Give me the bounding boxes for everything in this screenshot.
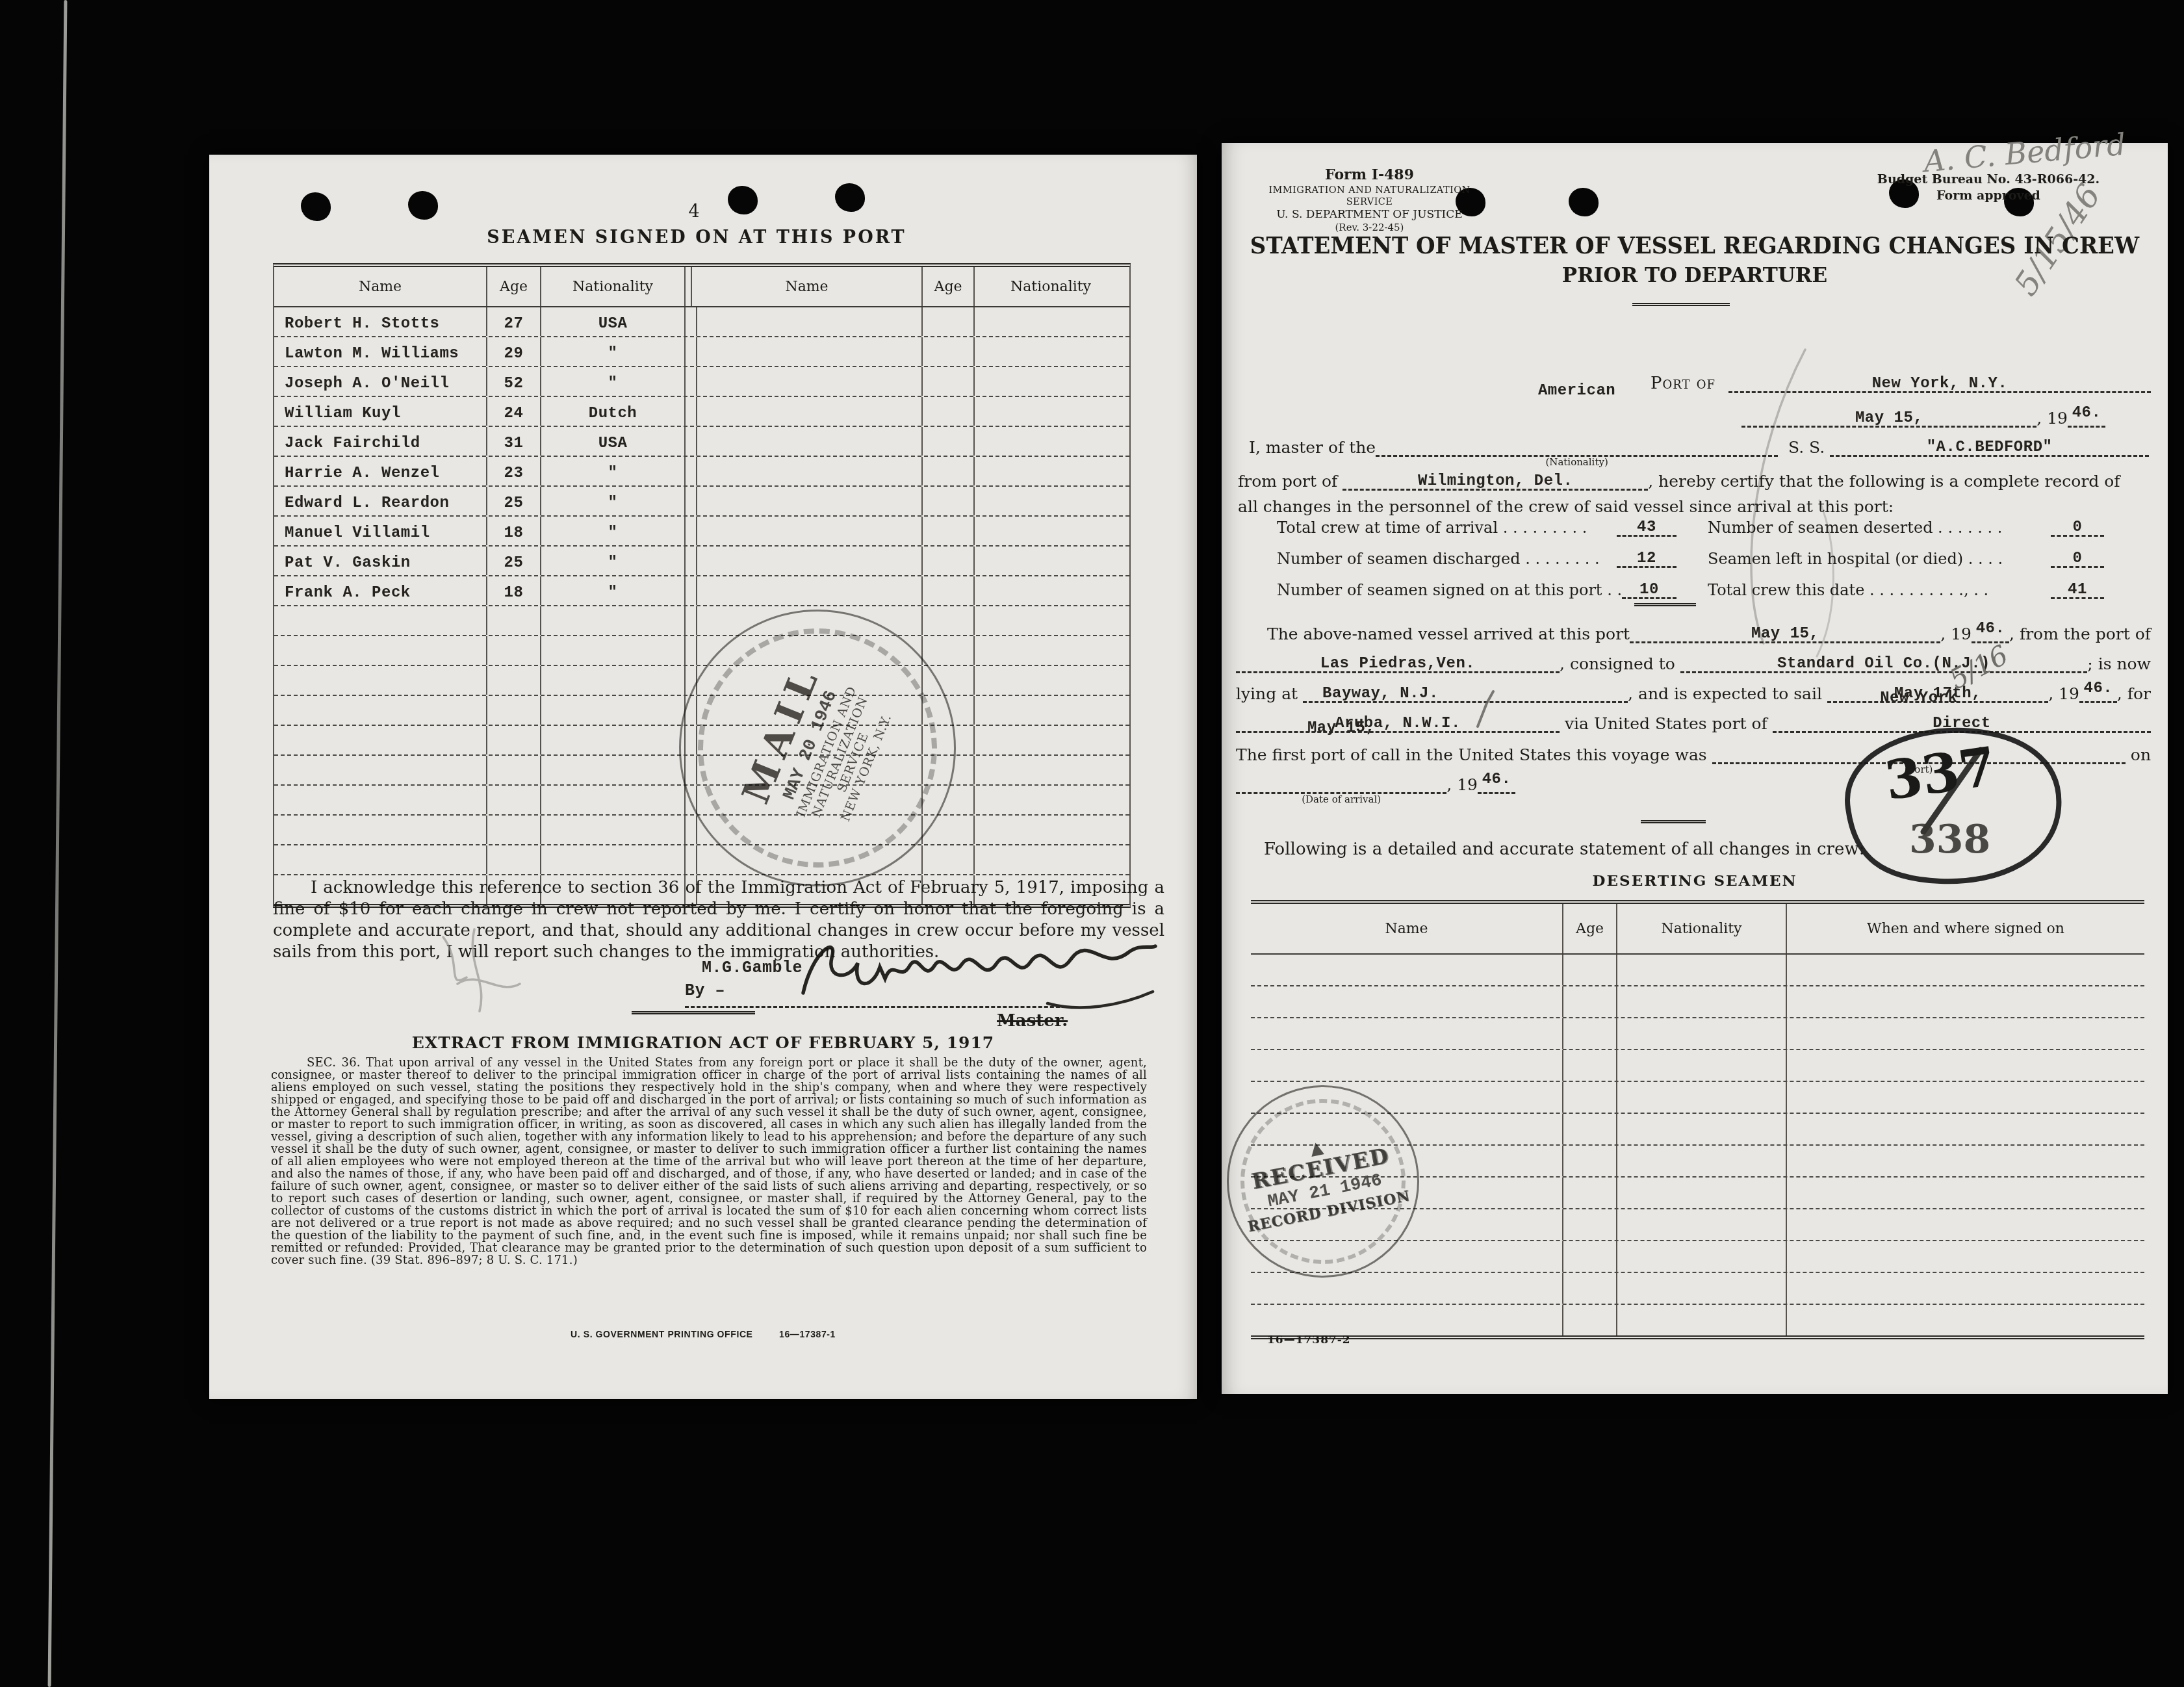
crew-nationality-cell: " xyxy=(541,517,686,545)
empty-nationality-cell xyxy=(975,367,1127,396)
stat-hospital: Seamen left in hospital (or died) . . . … xyxy=(1708,548,2104,568)
empty-nationality-cell xyxy=(975,307,1127,336)
stat-signed-on: Number of seamen signed on at this port … xyxy=(1277,580,1677,599)
column-header: Age xyxy=(923,267,975,306)
empty-cell xyxy=(975,666,1127,695)
nationality-value: American xyxy=(1376,382,1778,400)
first-port-value: New York xyxy=(1712,689,2126,707)
following-statement: Following is a detailed and accurate sta… xyxy=(1264,840,1864,859)
empty-cell xyxy=(1617,955,1787,985)
empty-cell xyxy=(923,845,975,874)
from-port-line: from port of Wilmington, Del. , hereby c… xyxy=(1238,465,2151,491)
empty-age-cell xyxy=(923,367,975,396)
empty-cell xyxy=(923,636,975,665)
year-prefix: , 19 xyxy=(2036,409,2068,428)
empty-cell xyxy=(1787,1114,2144,1144)
date-value: May 15, xyxy=(1741,409,2036,427)
crew-row: Harrie A. Wenzel23" xyxy=(274,457,1129,487)
empty-cell xyxy=(975,816,1127,844)
stat-label: Total crew this date . . . . . . . . . .… xyxy=(1708,581,1988,599)
vessel-blank: "A.C.BEDFORD" xyxy=(1830,437,2149,457)
nationality-blank: American (Nationality) xyxy=(1376,343,1778,457)
port-of-value: New York, N.Y. xyxy=(1728,375,2151,393)
empty-cell xyxy=(274,696,487,725)
agency-name: IMMIGRATION AND NATURALIZATION SERVICE xyxy=(1257,185,1482,208)
ss-label: S. S. xyxy=(1778,438,1830,457)
crew-nationality-cell: USA xyxy=(541,427,686,456)
crew-name-cell: Robert H. Stotts xyxy=(274,307,487,336)
empty-cell xyxy=(541,666,686,695)
crew-name-cell: Lawton M. Williams xyxy=(274,337,487,366)
crew-row: Pat V. Gaskin25" xyxy=(274,547,1129,576)
empty-cell xyxy=(1251,1018,1563,1049)
crew-row: Manuel Villamil18" xyxy=(274,517,1129,547)
form-identification-block: Form I-489 IMMIGRATION AND NATURALIZATIO… xyxy=(1257,166,1482,234)
stat-label: Number of seamen discharged . . . . . . … xyxy=(1277,550,1600,568)
empty-nationality-cell xyxy=(975,397,1127,426)
empty-cell xyxy=(274,636,487,665)
from-port-label: from port of xyxy=(1238,472,1343,491)
stat-value: 43 xyxy=(1617,519,1677,536)
crew-nationality-cell: " xyxy=(541,367,686,396)
origin-port-blank: Las Piedras,Ven. xyxy=(1236,654,1560,673)
arrival-date-blank: May 15, xyxy=(1630,624,1940,643)
empty-name-cell xyxy=(692,367,923,396)
crew-nationality-cell: Dutch xyxy=(541,397,686,426)
empty-cell xyxy=(1563,1146,1617,1176)
empty-deserter-row xyxy=(1251,1305,2144,1335)
year-value: 46. xyxy=(2068,404,2105,422)
department-name: U. S. DEPARTMENT OF JUSTICE xyxy=(1257,208,1482,222)
empty-cell xyxy=(975,726,1127,754)
column-header: Nationality xyxy=(975,267,1127,306)
empty-cell xyxy=(487,845,541,874)
empty-deserter-row xyxy=(1251,986,2144,1018)
empty-cell xyxy=(1787,1018,2144,1049)
deserting-seamen-heading: DESERTING SEAMEN xyxy=(1222,872,2168,890)
empty-age-cell xyxy=(923,517,975,545)
vessel-value: "A.C.BEDFORD" xyxy=(1830,439,2149,456)
year-blank: 46. xyxy=(1972,624,2009,643)
empty-cell xyxy=(541,786,686,814)
stat-discharged: Number of seamen discharged . . . . . . … xyxy=(1277,548,1677,568)
empty-cell xyxy=(541,845,686,874)
form-title-line1: STATEMENT OF MASTER OF VESSEL REGARDING … xyxy=(1236,233,2153,259)
punch-hole xyxy=(408,191,438,220)
empty-cell xyxy=(1563,955,1617,985)
center-rule xyxy=(686,267,692,306)
all-changes-line: all changes in the personnel of the crew… xyxy=(1238,497,1894,516)
stat-value: 0 xyxy=(2051,550,2104,567)
empty-cell xyxy=(1563,1273,1617,1304)
empty-age-cell xyxy=(923,337,975,366)
empty-cell xyxy=(1617,1241,1787,1272)
empty-cell xyxy=(1617,1146,1787,1176)
arrival-pre: The above-named vessel arrived at this p… xyxy=(1267,625,1630,643)
crew-nationality-cell: " xyxy=(541,337,686,366)
crew-section-divider xyxy=(1641,820,1706,823)
statement-date-line: May 15, , 19 46. xyxy=(1741,402,2105,428)
empty-cell xyxy=(1787,1209,2144,1240)
punch-hole xyxy=(728,186,758,214)
empty-age-cell xyxy=(923,457,975,485)
empty-cell xyxy=(975,636,1127,665)
crew-name-cell: Frank A. Peck xyxy=(274,576,487,605)
year-prefix: , 19 xyxy=(1446,775,1478,794)
crew-age-cell: 23 xyxy=(487,457,541,485)
stamp-ring xyxy=(1226,1085,1420,1278)
empty-cell xyxy=(1251,1273,1563,1304)
crew-nationality-cell: USA xyxy=(541,307,686,336)
pencil-checkmark xyxy=(1475,689,1497,729)
port-of-blank: New York, N.Y. xyxy=(1728,374,2151,393)
column-header: Age xyxy=(1563,904,1617,953)
empty-cell xyxy=(274,606,487,635)
crew-row: Edward L. Reardon25" xyxy=(274,487,1129,517)
arrival-post: , from the port of xyxy=(2009,625,2151,643)
extract-heading: EXTRACT FROM IMMIGRATION ACT OF FEBRUARY… xyxy=(209,1033,1197,1052)
stat-blank: 41 xyxy=(2051,580,2104,599)
empty-cell xyxy=(1563,1082,1617,1113)
empty-age-cell xyxy=(923,307,975,336)
arrival-line: The above-named vessel arrived at this p… xyxy=(1267,617,2151,643)
empty-cell xyxy=(1617,1114,1787,1144)
empty-cell xyxy=(1787,1241,2144,1272)
stat-blank: 12 xyxy=(1617,548,1677,568)
empty-cell xyxy=(1563,1050,1617,1081)
empty-name-cell xyxy=(692,547,923,575)
empty-cell xyxy=(1563,1209,1617,1240)
crew-row: Jack Fairchild31USA xyxy=(274,427,1129,457)
crew-age-cell: 27 xyxy=(487,307,541,336)
form-number: 16—17387-1 xyxy=(779,1329,836,1339)
empty-cell xyxy=(487,696,541,725)
empty-cell xyxy=(1787,1273,2144,1304)
stat-label: Number of seamen deserted . . . . . . . xyxy=(1708,519,2002,537)
crew-age-cell: 25 xyxy=(487,487,541,515)
punch-hole xyxy=(1569,188,1599,216)
budget-number: Budget Bureau No. 43-R066-42. xyxy=(1871,172,2105,188)
empty-cell xyxy=(1563,1114,1617,1144)
revision-note: (Rev. 3-22-45) xyxy=(1257,222,1482,234)
stat-value: 0 xyxy=(2051,519,2104,536)
empty-nationality-cell xyxy=(975,487,1127,515)
stat-value: 12 xyxy=(1617,550,1677,567)
extract-body: SEC. 36. That upon arrival of any vessel… xyxy=(271,1057,1147,1267)
case-number-printed: 338 xyxy=(1909,817,1990,862)
crew-row: Joseph A. O'Neill52" xyxy=(274,367,1129,397)
column-header: Name xyxy=(1251,904,1563,953)
empty-age-cell xyxy=(923,547,975,575)
crew-name-cell: Manuel Villamil xyxy=(274,517,487,545)
left-page: 4 SEAMEN SIGNED ON AT THIS PORT Name Age… xyxy=(209,155,1197,1399)
stat-value: 10 xyxy=(1622,581,1677,599)
stat-blank: 10 xyxy=(1622,580,1677,599)
empty-deserter-row xyxy=(1251,1018,2144,1050)
form-number: 16—17387-2 xyxy=(1267,1333,1351,1346)
empty-deserter-row xyxy=(1251,955,2144,986)
empty-cell xyxy=(541,726,686,754)
stat-blank: 0 xyxy=(2051,517,2104,537)
crew-row: Frank A. Peck18" xyxy=(274,576,1129,606)
master-label-struck: Master. xyxy=(997,1011,1068,1031)
crew-row: Robert H. Stotts27USA xyxy=(274,307,1129,337)
crew-nationality-cell: " xyxy=(541,547,686,575)
pencil-scribble xyxy=(417,921,541,1025)
master-line-pre: I, master of the xyxy=(1249,438,1376,457)
column-header: Age xyxy=(487,267,541,306)
empty-cell xyxy=(1617,1273,1787,1304)
empty-cell xyxy=(541,696,686,725)
year-value: 46. xyxy=(1972,620,2009,637)
empty-cell xyxy=(274,786,487,814)
empty-age-cell xyxy=(923,576,975,605)
stat-label: Total crew at time of arrival . . . . . … xyxy=(1277,519,1587,537)
gpo-office: U. S. GOVERNMENT PRINTING OFFICE xyxy=(571,1329,753,1339)
empty-cell xyxy=(1251,1050,1563,1081)
empty-cell xyxy=(487,636,541,665)
crew-age-cell: 31 xyxy=(487,427,541,456)
right-page: Form I-489 IMMIGRATION AND NATURALIZATIO… xyxy=(1222,143,2168,1394)
year-value: 46. xyxy=(1478,771,1515,788)
empty-cell xyxy=(1787,955,2144,985)
crew-row: William Kuyl24Dutch xyxy=(274,397,1129,427)
punch-hole xyxy=(301,192,331,221)
stat-total-arrival: Total crew at time of arrival . . . . . … xyxy=(1277,517,1677,537)
empty-crew-row xyxy=(274,845,1129,875)
empty-cell xyxy=(1563,986,1617,1017)
signed-on-table-header: Name Age Nationality Name Age Nationalit… xyxy=(274,267,1129,307)
crew-name-cell: Edward L. Reardon xyxy=(274,487,487,515)
empty-crew-row xyxy=(274,606,1129,636)
empty-cell xyxy=(1251,1305,1563,1335)
crew-age-cell: 24 xyxy=(487,397,541,426)
empty-crew-row xyxy=(274,636,1129,666)
signature-line xyxy=(685,980,1066,1008)
master-line: I, master of the American (Nationality) … xyxy=(1249,431,2149,457)
case-number-handwritten: 337 xyxy=(1881,735,2000,812)
empty-cell xyxy=(487,606,541,635)
empty-nationality-cell xyxy=(975,547,1127,575)
empty-cell xyxy=(1787,986,2144,1017)
empty-nationality-cell xyxy=(975,576,1127,605)
punch-hole xyxy=(835,183,865,212)
empty-cell xyxy=(1563,1305,1617,1335)
empty-name-cell xyxy=(692,457,923,485)
deserting-table-header: Name Age Nationality When and where sign… xyxy=(1251,904,2144,955)
empty-cell xyxy=(487,756,541,784)
book-binding-edge xyxy=(48,0,68,1687)
page-title: SEAMEN SIGNED ON AT THIS PORT xyxy=(209,227,1184,248)
year-prefix: , 19 xyxy=(1940,625,1972,643)
empty-name-cell xyxy=(692,517,923,545)
empty-age-cell xyxy=(923,487,975,515)
crew-age-cell: 25 xyxy=(487,547,541,575)
empty-cell xyxy=(1563,1178,1617,1208)
empty-cell xyxy=(1787,1082,2144,1113)
empty-cell xyxy=(1617,1082,1787,1113)
empty-cell xyxy=(274,816,487,844)
crew-age-cell: 18 xyxy=(487,517,541,545)
date-of-arrival-line: May 15, (Date of arrival) , 19 46. xyxy=(1236,768,1515,794)
empty-age-cell xyxy=(923,397,975,426)
empty-cell xyxy=(1251,986,1563,1017)
crew-nationality-cell: " xyxy=(541,457,686,485)
empty-name-cell xyxy=(692,337,923,366)
arrival-date-value: May 15, xyxy=(1236,719,1446,737)
empty-nationality-cell xyxy=(975,517,1127,545)
typed-master-name: M.G.Gamble xyxy=(702,959,803,977)
column-header: When and where signed on xyxy=(1787,904,2144,953)
arrival-date: May 15, xyxy=(1630,625,1940,643)
consigned-label: , consigned to xyxy=(1560,654,1680,673)
empty-cell xyxy=(487,816,541,844)
empty-cell xyxy=(1617,1305,1787,1335)
stats-divider xyxy=(1634,603,1696,606)
empty-deserter-row xyxy=(1251,1050,2144,1082)
stat-blank: 0 xyxy=(2051,548,2104,568)
empty-name-cell xyxy=(692,427,923,456)
crew-nationality-cell: " xyxy=(541,487,686,515)
crew-nationality-cell: " xyxy=(541,576,686,605)
empty-cell xyxy=(1617,1018,1787,1049)
empty-cell xyxy=(1787,1305,2144,1335)
page-number: 4 xyxy=(674,201,713,222)
empty-cell xyxy=(541,756,686,784)
empty-nationality-cell xyxy=(975,427,1127,456)
stat-blank: 43 xyxy=(1617,517,1677,537)
empty-cell xyxy=(1251,955,1563,985)
crew-age-cell: 18 xyxy=(487,576,541,605)
empty-cell xyxy=(274,726,487,754)
section-divider xyxy=(632,1011,755,1014)
first-port-post: on xyxy=(2126,745,2151,764)
empty-name-cell xyxy=(692,576,923,605)
empty-cell xyxy=(1563,1018,1617,1049)
empty-cell xyxy=(975,845,1127,874)
empty-cell xyxy=(1787,1050,2144,1081)
empty-name-cell xyxy=(692,487,923,515)
arrival-date-blank: May 15, (Date of arrival) xyxy=(1236,680,1446,794)
column-header: Nationality xyxy=(541,267,686,306)
crew-name-cell: Pat V. Gaskin xyxy=(274,547,487,575)
crew-name-cell: Joseph A. O'Neill xyxy=(274,367,487,396)
stat-value: 41 xyxy=(2051,581,2104,599)
empty-cell xyxy=(541,636,686,665)
crew-name-cell: Jack Fairchild xyxy=(274,427,487,456)
year-blank: 46. xyxy=(2068,408,2105,428)
empty-cell xyxy=(975,786,1127,814)
stat-label: Seamen left in hospital (or died) . . . … xyxy=(1708,550,2003,568)
empty-cell xyxy=(1617,1178,1787,1208)
empty-deserter-row xyxy=(1251,1273,2144,1305)
empty-cell xyxy=(541,606,686,635)
crew-age-cell: 29 xyxy=(487,337,541,366)
gpo-footer: U. S. GOVERNMENT PRINTING OFFICE 16—1738… xyxy=(209,1329,1197,1339)
crew-name-cell: Harrie A. Wenzel xyxy=(274,457,487,485)
empty-cell xyxy=(1617,1050,1787,1081)
stat-total-date: Total crew this date . . . . . . . . . .… xyxy=(1708,580,2104,599)
from-port-blank: Wilmington, Del. xyxy=(1343,471,1648,491)
empty-cell xyxy=(1617,986,1787,1017)
origin-port-value: Las Piedras,Ven. xyxy=(1236,655,1560,673)
empty-cell xyxy=(541,816,686,844)
date-of-arrival-caption: (Date of arrival) xyxy=(1236,793,1446,805)
master-signature: J. H. Jorgensen xyxy=(794,928,1171,1025)
empty-cell xyxy=(274,756,487,784)
empty-name-cell xyxy=(692,397,923,426)
stat-label: Number of seamen signed on at this port … xyxy=(1277,581,1622,599)
empty-cell xyxy=(487,726,541,754)
empty-cell xyxy=(975,606,1127,635)
column-header: Name xyxy=(692,267,923,306)
crew-name-cell: William Kuyl xyxy=(274,397,487,426)
title-divider xyxy=(1632,303,1730,306)
column-header: Name xyxy=(274,267,487,306)
empty-cell xyxy=(975,756,1127,784)
form-title-line2: PRIOR TO DEPARTURE xyxy=(1222,264,2168,287)
empty-cell xyxy=(1787,1178,2144,1208)
from-port-post: , hereby certify that the following is a… xyxy=(1648,472,2120,491)
empty-cell xyxy=(274,666,487,695)
empty-age-cell xyxy=(923,427,975,456)
empty-cell xyxy=(1563,1241,1617,1272)
empty-cell xyxy=(1787,1146,2144,1176)
empty-nationality-cell xyxy=(975,457,1127,485)
scanned-document: 4 SEAMEN SIGNED ON AT THIS PORT Name Age… xyxy=(0,0,2184,1687)
stat-deserted: Number of seamen deserted . . . . . . . … xyxy=(1708,517,2104,537)
form-id: Form I-489 xyxy=(1257,166,1482,185)
empty-cell xyxy=(1617,1209,1787,1240)
crew-row: Lawton M. Williams29" xyxy=(274,337,1129,367)
from-port-value: Wilmington, Del. xyxy=(1343,472,1648,490)
crew-age-cell: 52 xyxy=(487,367,541,396)
date-blank: May 15, xyxy=(1741,408,2036,428)
year-blank: 46. xyxy=(1478,775,1515,794)
empty-cell xyxy=(923,606,975,635)
empty-cell xyxy=(487,786,541,814)
empty-name-cell xyxy=(692,307,923,336)
empty-cell xyxy=(274,845,487,874)
empty-nationality-cell xyxy=(975,337,1127,366)
empty-cell xyxy=(487,666,541,695)
column-header: Nationality xyxy=(1617,904,1787,953)
empty-cell xyxy=(975,696,1127,725)
